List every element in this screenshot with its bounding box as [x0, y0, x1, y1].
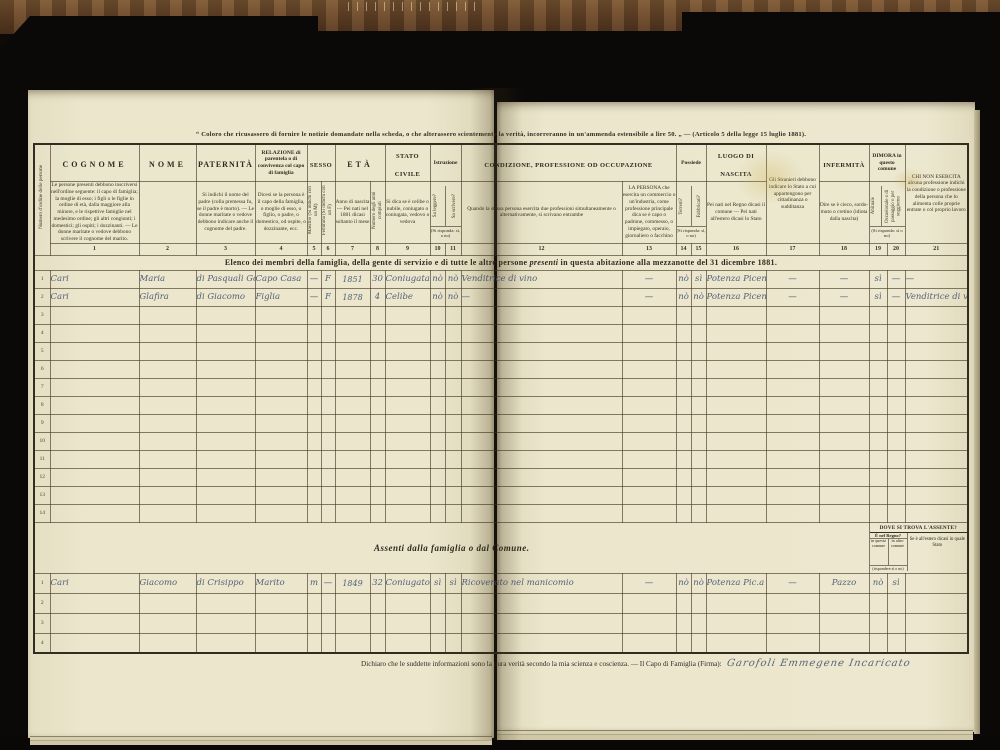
cell: [139, 378, 196, 396]
cell: [50, 396, 139, 414]
cell: [321, 486, 335, 504]
cell: [139, 396, 196, 414]
cell: [335, 432, 370, 450]
cell: [335, 306, 370, 324]
cell: [869, 432, 887, 450]
dark-margin-right: [977, 60, 1000, 750]
cell: Giacomo: [139, 573, 196, 593]
cell: [622, 486, 676, 504]
cell: [335, 593, 370, 613]
column-number: 16: [706, 243, 766, 255]
cell: [139, 468, 196, 486]
cell: [139, 486, 196, 504]
cell: nò: [430, 270, 445, 288]
cell: [461, 486, 622, 504]
dove-regno-column: È nel Regno? in questo comunein altro co…: [870, 533, 908, 571]
cell: [370, 486, 385, 504]
cell: [887, 324, 905, 342]
cell: [461, 360, 622, 378]
cell: [622, 306, 676, 324]
cell: [370, 306, 385, 324]
cell: [335, 396, 370, 414]
dove-questo-comune: in questo comune: [870, 539, 889, 565]
cell: [905, 504, 968, 522]
cell: [676, 396, 691, 414]
cell: [307, 432, 321, 450]
cell: [445, 360, 461, 378]
cell: [430, 396, 445, 414]
legal-note: “ Coloro che ricusassero di fornire le n…: [33, 131, 969, 138]
cell: [196, 613, 255, 633]
cell: [255, 324, 307, 342]
row-number: 4: [34, 324, 50, 342]
cell: 30: [370, 270, 385, 288]
cell: [307, 360, 321, 378]
row-number: 11: [34, 450, 50, 468]
cell: Cari: [50, 288, 139, 306]
cell: [706, 486, 766, 504]
cell: [869, 486, 887, 504]
cell: [445, 432, 461, 450]
cell: nò: [430, 288, 445, 306]
cell: [869, 450, 887, 468]
cell: [676, 360, 691, 378]
absent-banner-row: Assenti dalla famiglia o dal Comune. DOV…: [34, 522, 968, 573]
cell: [335, 468, 370, 486]
column-number: 19: [869, 243, 887, 255]
cell: —: [766, 288, 819, 306]
eta-anno-instructions: Anno di nascita — Pei nati nel 1881 dica…: [335, 182, 370, 244]
cell: di Crisippo: [196, 573, 255, 593]
row-number: 2: [34, 593, 50, 613]
cell: [766, 486, 819, 504]
cell: [196, 414, 255, 432]
cell: [622, 633, 676, 653]
table-row: 4: [34, 633, 968, 653]
cell: [676, 306, 691, 324]
cell: [335, 342, 370, 360]
cell: Maria: [139, 270, 196, 288]
cell: [819, 360, 869, 378]
cell: [461, 324, 622, 342]
cell: [335, 324, 370, 342]
cell: [766, 342, 819, 360]
cell: [905, 396, 968, 414]
cell: [335, 486, 370, 504]
cell: di Giacomo: [196, 288, 255, 306]
cell: [887, 378, 905, 396]
cell: [321, 593, 335, 613]
cell: [255, 486, 307, 504]
cell: —: [766, 573, 819, 593]
cell: sì: [430, 573, 445, 593]
cell: [307, 468, 321, 486]
cell: [255, 378, 307, 396]
cell: —: [887, 288, 905, 306]
cell: [691, 396, 706, 414]
column-header-possiede: Possiede: [676, 144, 706, 182]
cell: [766, 593, 819, 613]
cell: [905, 360, 968, 378]
cell: [430, 486, 445, 504]
cell: [196, 486, 255, 504]
row-number: 3: [34, 306, 50, 324]
cell: [706, 504, 766, 522]
cell: [321, 414, 335, 432]
cell: —: [819, 270, 869, 288]
cell: [430, 613, 445, 633]
cell: [50, 504, 139, 522]
cell: [461, 306, 622, 324]
cell: Celibe: [385, 288, 430, 306]
cell: [445, 396, 461, 414]
cell: [50, 360, 139, 378]
cell: [869, 342, 887, 360]
cell: [385, 342, 430, 360]
cell: [430, 468, 445, 486]
cell: [196, 378, 255, 396]
cell: [430, 593, 445, 613]
cell: [706, 450, 766, 468]
cell: [255, 432, 307, 450]
cell: [461, 613, 622, 633]
cell: [766, 396, 819, 414]
cell: [385, 613, 430, 633]
cell: 1878: [335, 288, 370, 306]
cell: [196, 342, 255, 360]
cell: [461, 468, 622, 486]
cell: —: [887, 270, 905, 288]
cell: [307, 414, 321, 432]
cell: [321, 613, 335, 633]
cell: [905, 593, 968, 613]
cell: [676, 633, 691, 653]
cell: [196, 593, 255, 613]
cell: [307, 450, 321, 468]
relazione-instructions: Dicesi se la persona è il capo della fam…: [255, 182, 307, 244]
cell: [321, 378, 335, 396]
table-row: 1CariMariadi Pasquali GobelliCapo Casa—F…: [34, 270, 968, 288]
cell: [766, 324, 819, 342]
cell: [706, 360, 766, 378]
cell: [370, 504, 385, 522]
column-number: 9: [385, 243, 430, 255]
cell: [445, 486, 461, 504]
cell: [370, 324, 385, 342]
cell: [869, 414, 887, 432]
cell: [461, 504, 622, 522]
cell: [255, 613, 307, 633]
row-number: 9: [34, 414, 50, 432]
cell: sì: [691, 270, 706, 288]
cell: [335, 504, 370, 522]
cell: [622, 504, 676, 522]
condizione-instructions: Quando la stessa persona esercita due pr…: [461, 182, 622, 244]
absent-persons-rows: 1CariGiacomodi CrisippoMaritom—184932Con…: [34, 573, 968, 653]
cell: [50, 432, 139, 450]
cell: [461, 414, 622, 432]
cell: [691, 613, 706, 633]
cell: [445, 306, 461, 324]
cell: [321, 342, 335, 360]
cell: sì: [887, 573, 905, 593]
column-header-istruzione: Istruzione: [430, 144, 461, 182]
table-row: 2: [34, 593, 968, 613]
sesso-maschio-label: Maschio (Si indichi con un M): [307, 182, 321, 244]
cell: [321, 504, 335, 522]
cell: [370, 613, 385, 633]
cell: 1851: [335, 270, 370, 288]
cell: nò: [691, 573, 706, 593]
dove-title: DOVE SI TROVA L'ASSENTE?: [870, 524, 968, 533]
cell: [430, 324, 445, 342]
table-row: 11: [34, 450, 968, 468]
cell: [139, 306, 196, 324]
cell: [255, 633, 307, 653]
occasionale-label: Occasionale o di passaggio o per soggior…: [885, 186, 902, 226]
cell: [461, 450, 622, 468]
cell: [307, 633, 321, 653]
cell: [385, 593, 430, 613]
table-row: 3: [34, 306, 968, 324]
cell: [385, 633, 430, 653]
table-row: 8: [34, 396, 968, 414]
cell: —: [622, 288, 676, 306]
cell: —: [905, 270, 968, 288]
cell: [887, 360, 905, 378]
cell: [370, 450, 385, 468]
cell: 4: [370, 288, 385, 306]
cell: [461, 593, 622, 613]
istruzione-note: (Si risponda: sì, o no): [431, 226, 461, 239]
cell: Cari: [50, 573, 139, 593]
column-number: 20: [887, 243, 905, 255]
cell: [819, 593, 869, 613]
cell: [887, 450, 905, 468]
cell: [905, 306, 968, 324]
cell: [691, 593, 706, 613]
cell: [196, 360, 255, 378]
table-row: 13: [34, 486, 968, 504]
page-stack-edge-right: [497, 730, 973, 740]
cell: [887, 432, 905, 450]
column-number: 7: [335, 243, 370, 255]
cell: [706, 342, 766, 360]
declaration-text: Dichiaro che le suddette informazioni so…: [361, 660, 722, 668]
cell: [622, 593, 676, 613]
row-number: 10: [34, 432, 50, 450]
cell: [307, 613, 321, 633]
cell: [335, 450, 370, 468]
row-number: 1: [34, 573, 50, 593]
cell: Venditrice di vino: [905, 288, 968, 306]
cell: [335, 414, 370, 432]
cell: [706, 306, 766, 324]
column-number: 15: [691, 243, 706, 255]
absent-section-title: Assenti dalla famiglia o dal Comune.: [35, 543, 869, 553]
cell: [905, 414, 968, 432]
cell: [691, 324, 706, 342]
cell: [905, 633, 968, 653]
cell: sì: [869, 288, 887, 306]
cell: [622, 613, 676, 633]
cell: [691, 504, 706, 522]
cell: [445, 414, 461, 432]
cell: [255, 360, 307, 378]
cell: [819, 468, 869, 486]
cell: [706, 432, 766, 450]
nome-instructions: [139, 182, 196, 244]
cell: [307, 306, 321, 324]
cell: [385, 396, 430, 414]
row-number: 13: [34, 486, 50, 504]
census-form: “ Coloro che ricusassero di fornire le n…: [33, 131, 969, 669]
cell: [196, 432, 255, 450]
cell: [50, 468, 139, 486]
cell: [385, 432, 430, 450]
column-header-sesso: SESSO: [307, 144, 335, 182]
row-number: 3: [34, 613, 50, 633]
cell: [255, 414, 307, 432]
cell: Coniugata: [385, 270, 430, 288]
table-row: 12: [34, 468, 968, 486]
cell: [321, 360, 335, 378]
cell: [869, 468, 887, 486]
cell: [706, 396, 766, 414]
cell: [691, 342, 706, 360]
cell: nò: [445, 288, 461, 306]
cell: [196, 306, 255, 324]
cell: [385, 324, 430, 342]
cell: [691, 378, 706, 396]
row-number: 12: [34, 468, 50, 486]
cell: [385, 414, 430, 432]
cell: Pazzo: [819, 573, 869, 593]
cell: [50, 378, 139, 396]
cell: Potenza Picena: [706, 288, 766, 306]
cell: [139, 432, 196, 450]
table-row: 10: [34, 432, 968, 450]
dove-estero-column: Se è all'estero dicasi in quale Stato: [908, 533, 968, 571]
cell: [461, 396, 622, 414]
cell: [622, 414, 676, 432]
cell: [819, 306, 869, 324]
cell: F: [321, 270, 335, 288]
cell: [307, 324, 321, 342]
cell: [196, 324, 255, 342]
cell: [869, 306, 887, 324]
cell: [691, 468, 706, 486]
cell: [445, 450, 461, 468]
cell: [622, 378, 676, 396]
row-number: 4: [34, 633, 50, 653]
cell: [139, 613, 196, 633]
cell: [676, 432, 691, 450]
cell: [307, 486, 321, 504]
cell: [887, 504, 905, 522]
cell: [905, 468, 968, 486]
la-persona-instructions: LA PERSONA che esercita un commercio o u…: [622, 182, 676, 244]
cell: [869, 396, 887, 414]
cell: [255, 593, 307, 613]
cell: [869, 360, 887, 378]
cell: [321, 324, 335, 342]
cell: [887, 613, 905, 633]
column-number: 12: [461, 243, 622, 255]
cell: nò: [691, 288, 706, 306]
cell: [196, 504, 255, 522]
cell: [255, 450, 307, 468]
infermita-instructions: Dire se è cieco, sordo-muto o cretino (i…: [819, 182, 869, 244]
cell: [321, 450, 335, 468]
column-header-condizione: CONDIZIONE, PROFESSIONE OD OCCUPAZIONE: [461, 144, 676, 182]
cell: [445, 468, 461, 486]
cell: [445, 342, 461, 360]
cell: [691, 633, 706, 653]
cell: nò: [676, 288, 691, 306]
cell: [869, 593, 887, 613]
cell: nò: [676, 270, 691, 288]
cell: [905, 573, 968, 593]
cell: [676, 378, 691, 396]
cell: Ricoverato nel manicomio: [461, 573, 622, 593]
cell: [676, 468, 691, 486]
cell: [321, 468, 335, 486]
cell: [196, 450, 255, 468]
cell: [139, 414, 196, 432]
cognome-instructions: Le persone presenti debbono inscriversi …: [50, 182, 139, 244]
page-stack-edge-left: [30, 736, 492, 745]
stato-civile-instructions: Si dica se è celibe o nubile, coniugato …: [385, 182, 430, 244]
cell: [430, 504, 445, 522]
sa-leggere-label: Sa leggere?: [433, 194, 439, 217]
cell: [706, 468, 766, 486]
cell: [50, 613, 139, 633]
column-number: 11: [445, 243, 461, 255]
cell: [430, 378, 445, 396]
cell: [819, 378, 869, 396]
cell: —: [461, 288, 622, 306]
cell: [50, 450, 139, 468]
declaration-line: Dichiaro che le suddette informazioni so…: [33, 658, 969, 669]
row-number: 7: [34, 378, 50, 396]
cell: [819, 342, 869, 360]
cell: [869, 324, 887, 342]
cell: [819, 324, 869, 342]
head-of-family-signature: Garofoli Emmegene Incaricato: [726, 658, 912, 669]
terreni-label: Terreni?: [679, 198, 685, 215]
abituale-label: Abituale: [871, 197, 877, 214]
cell: [706, 324, 766, 342]
cell: [691, 450, 706, 468]
cell: [255, 468, 307, 486]
cell: [676, 342, 691, 360]
cell: —: [819, 288, 869, 306]
cell: [905, 450, 968, 468]
cell: —: [307, 270, 321, 288]
section-title-row: Elenco dei membri della famiglia, della …: [34, 255, 968, 270]
table-row: 9: [34, 414, 968, 432]
cell: [819, 613, 869, 633]
column-number: 14: [676, 243, 691, 255]
cell: [445, 504, 461, 522]
fabbricati-label: Fabbricati?: [697, 195, 703, 218]
section-title: Elenco dei membri della famiglia, della …: [34, 255, 968, 270]
cell: [139, 450, 196, 468]
cell: [706, 414, 766, 432]
cell: Coniugato: [385, 573, 430, 593]
cell: [385, 468, 430, 486]
